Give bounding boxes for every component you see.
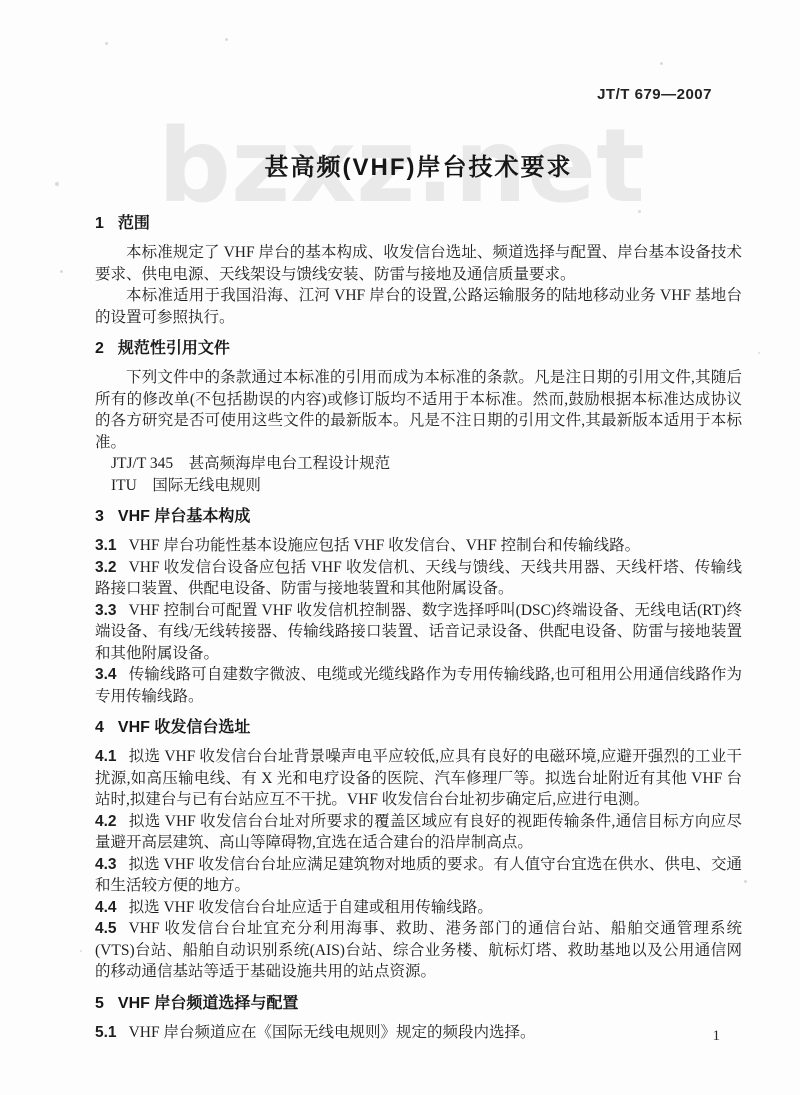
section-blocks: 4.1拟选 VHF 收发信台台址背景噪声电平应较低,应具有良好的电磁环境,应避开… <box>95 746 742 983</box>
clause: 3.1VHF 岸台功能性基本设施应包括 VHF 收发信台、VHF 控制台和传输线… <box>95 535 742 557</box>
clause-text: VHF 岸台频道应在《国际无线电规则》规定的频段内选择。 <box>129 1024 536 1041</box>
section-heading: 3VHF 岸台基本构成 <box>95 506 742 528</box>
section-title: VHF 收发信台选址 <box>118 719 250 736</box>
clause-number: 4.2 <box>95 813 117 830</box>
paragraph: 本标准规定了 VHF 岸台的基本构成、收发信台选址、频道选择与配置、岸台基本设备… <box>95 242 742 285</box>
section-blocks: 下列文件中的条款通过本标准的引用而成为本标准的条款。凡是注日期的引用文件,其随后… <box>95 367 742 496</box>
clause-text: 传输线路可自建数字微波、电缆或光缆线路作为专用传输线路,也可租用公用通信线路作为… <box>95 666 742 705</box>
reference-item: ITU 国际无线电规则 <box>95 475 742 497</box>
section-heading: 2规范性引用文件 <box>95 338 742 360</box>
section: 2规范性引用文件 下列文件中的条款通过本标准的引用而成为本标准的条款。凡是注日期… <box>95 338 742 496</box>
clause-text: VHF 控制台可配置 VHF 收发信机控制器、数字选择呼叫(DSC)终端设备、无… <box>95 602 742 662</box>
paragraph: 本标准适用于我国沿海、江河 VHF 岸台的设置,公路运输服务的陆地移动业务 VH… <box>95 285 742 328</box>
section-heading: 4VHF 收发信台选址 <box>95 717 742 739</box>
clause-number: 3.2 <box>95 559 117 576</box>
section-blocks: 本标准规定了 VHF 岸台的基本构成、收发信台选址、频道选择与配置、岸台基本设备… <box>95 242 742 328</box>
section-number: 4 <box>95 719 104 736</box>
clause: 4.2拟选 VHF 收发信台台址对所要求的覆盖区域应有良好的视距传输条件,通信目… <box>95 811 742 854</box>
section-title: VHF 岸台频道选择与配置 <box>118 995 298 1012</box>
scan-speck <box>55 182 59 186</box>
clause: 5.1VHF 岸台频道应在《国际无线电规则》规定的频段内选择。 <box>95 1022 742 1044</box>
scan-speck <box>105 42 108 45</box>
section: 1范围 本标准规定了 VHF 岸台的基本构成、收发信台选址、频道选择与配置、岸台… <box>95 213 742 328</box>
clause-number: 5.1 <box>95 1024 117 1041</box>
clause-text: 拟选 VHF 收发信台台址对所要求的覆盖区域应有良好的视距传输条件,通信目标方向… <box>95 813 742 852</box>
clause: 3.4传输线路可自建数字微波、电缆或光缆线路作为专用传输线路,也可租用公用通信线… <box>95 664 742 707</box>
scan-speck <box>638 210 641 213</box>
section-title: VHF 岸台基本构成 <box>118 508 250 525</box>
scan-speck <box>744 880 747 883</box>
clause: 4.1拟选 VHF 收发信台台址背景噪声电平应较低,应具有良好的电磁环境,应避开… <box>95 746 742 811</box>
clause: 4.5VHF 收发信台台址宜充分利用海事、救助、港务部门的通信台站、船舶交通管理… <box>95 918 742 983</box>
page-number: 1 <box>713 1028 721 1045</box>
clause: 3.2VHF 收发信台设备应包括 VHF 收发信机、天线与馈线、天线共用器、天线… <box>95 557 742 600</box>
section-number: 3 <box>95 508 104 525</box>
section-number: 1 <box>95 215 104 232</box>
scan-speck <box>60 270 63 273</box>
clause-text: 拟选 VHF 收发信台台址应满足建筑物对地质的要求。有人值守台宜选在供水、供电、… <box>95 856 742 895</box>
section: 3VHF 岸台基本构成 3.1VHF 岸台功能性基本设施应包括 VHF 收发信台… <box>95 506 742 707</box>
reference-item: JTJ/T 345 甚高频海岸电台工程设计规范 <box>95 453 742 475</box>
clause: 4.3拟选 VHF 收发信台台址应满足建筑物对地质的要求。有人值守台宜选在供水、… <box>95 854 742 897</box>
scan-speck <box>225 38 228 41</box>
clause-number: 4.3 <box>95 856 117 873</box>
clause-number: 3.4 <box>95 666 117 683</box>
section-number: 2 <box>95 340 104 357</box>
clause-number: 3.3 <box>95 602 117 619</box>
paragraph: 下列文件中的条款通过本标准的引用而成为本标准的条款。凡是注日期的引用文件,其随后… <box>95 367 742 453</box>
section: 5VHF 岸台频道选择与配置 5.1VHF 岸台频道应在《国际无线电规则》规定的… <box>95 993 742 1044</box>
scan-speck <box>345 272 348 275</box>
clause-number: 4.1 <box>95 748 117 765</box>
scan-speck <box>758 352 760 354</box>
section: 4VHF 收发信台选址 4.1拟选 VHF 收发信台台址背景噪声电平应较低,应具… <box>95 717 742 983</box>
standard-number: JT/T 679—2007 <box>95 0 742 104</box>
clause-text: VHF 岸台功能性基本设施应包括 VHF 收发信台、VHF 控制台和传输线路。 <box>129 537 641 554</box>
clause-number: 4.5 <box>95 920 117 937</box>
section-number: 5 <box>95 995 104 1012</box>
clause-text: 拟选 VHF 收发信台台址应适于自建或租用传输线路。 <box>129 899 493 916</box>
document-page: bzxz.net JT/T 679—2007 甚高频(VHF)岸台技术要求 1范… <box>0 0 800 1095</box>
clause: 3.3VHF 控制台可配置 VHF 收发信机控制器、数字选择呼叫(DSC)终端设… <box>95 600 742 665</box>
document-body: 1范围 本标准规定了 VHF 岸台的基本构成、收发信台选址、频道选择与配置、岸台… <box>95 213 742 1043</box>
section-title: 规范性引用文件 <box>118 340 230 357</box>
clause-number: 4.4 <box>95 899 117 916</box>
page-title: 甚高频(VHF)岸台技术要求 <box>95 153 742 183</box>
clause-text: VHF 收发信台设备应包括 VHF 收发信机、天线与馈线、天线共用器、天线杆塔、… <box>95 559 742 598</box>
section-title: 范围 <box>118 215 150 232</box>
clause-number: 3.1 <box>95 537 117 554</box>
scan-speck <box>736 560 738 562</box>
clause: 4.4拟选 VHF 收发信台台址应适于自建或租用传输线路。 <box>95 897 742 919</box>
section-blocks: 5.1VHF 岸台频道应在《国际无线电规则》规定的频段内选择。 <box>95 1022 742 1044</box>
clause-text: 拟选 VHF 收发信台台址背景噪声电平应较低,应具有良好的电磁环境,应避开强烈的… <box>95 748 742 808</box>
scan-speck <box>660 62 663 65</box>
section-blocks: 3.1VHF 岸台功能性基本设施应包括 VHF 收发信台、VHF 控制台和传输线… <box>95 535 742 707</box>
section-heading: 1范围 <box>95 213 742 235</box>
scan-speck <box>80 950 82 952</box>
clause-text: VHF 收发信台台址宜充分利用海事、救助、港务部门的通信台站、船舶交通管理系统(… <box>95 920 742 980</box>
section-heading: 5VHF 岸台频道选择与配置 <box>95 993 742 1015</box>
